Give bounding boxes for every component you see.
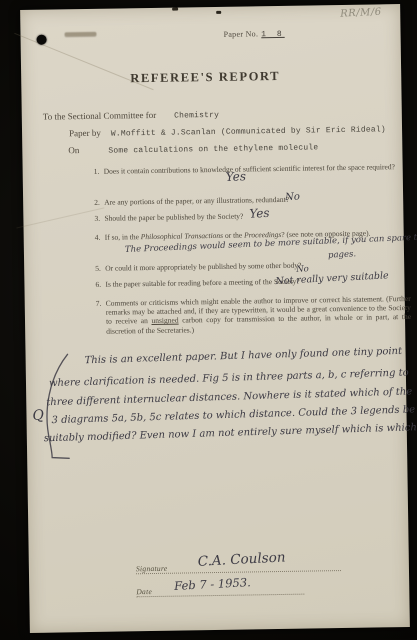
answer-1: Yes [225,169,246,184]
paper-crease [16,207,104,228]
question-3-number: 3. [94,214,100,223]
form-title: REFEREE'S REPORT [21,67,389,88]
question-4-italic-transactions: Philosophical Transactions [141,231,223,241]
archive-reference: RR/M/6 [340,7,382,20]
date-row: Date Feb 7 - 1953. [136,578,304,598]
question-3-text: Should the paper be published by the Soc… [104,212,243,223]
tape-smudge [64,32,96,37]
paper-by-label: Paper by [69,128,101,138]
question-1-number: 1. [94,167,100,176]
note-line-4: 3 diagrams 5a, 5b, 5c relates to which d… [51,404,415,426]
subject-line: On Some calculations on the ethylene mol… [68,136,318,158]
note-line-5: suitably modified? Even now I am not ent… [44,422,417,444]
question-1-text: Does it contain contributions to knowled… [104,162,395,176]
question-6-number: 6. [95,280,101,289]
question-5-number: 5. [95,264,101,273]
question-1: 1. Does it contain contributions to know… [94,162,412,176]
answer-3: Yes [249,206,270,221]
staple-mark [172,8,178,11]
note-line-1: This is an excellent paper. But I have o… [85,346,403,366]
signature-row: Signature C.A. Coulson [136,554,341,574]
date-value: Feb 7 - 1953. [174,575,251,593]
question-4-number: 4. [95,233,101,242]
signature-value: C.A. Coulson [197,549,285,569]
answer-2: No [285,191,300,203]
hole-punch [37,35,47,45]
paper-number-value: 1 8 [261,30,285,39]
note-line-2: where clarification is needed. Fig 5 is … [49,367,409,389]
answer-5: No [296,264,309,275]
report-page: RR/M/6 Paper No.1 8 REFEREE'S REPORT To … [20,4,410,633]
margin-bracket [38,351,76,474]
subject-label: On [68,145,79,155]
question-2-number: 2. [94,198,100,207]
note-line-3: three different internuclear distances. … [46,386,412,408]
question-6-text: Is the paper suitable for reading before… [105,277,299,289]
question-2-text: Are any portions of the paper, or any il… [104,195,289,207]
staple-mark [216,11,221,14]
committee-value: Chemistry [174,111,219,121]
paper-number: Paper No.1 8 [223,29,284,40]
question-4-text: If so, in the [105,232,141,242]
paper-number-label: Paper No. [223,29,258,39]
question-7-number: 7. [96,299,102,308]
subject-value: Some calculations on the ethylene molecu… [108,143,318,155]
date-label: Date [136,587,152,596]
question-7-underlined-word: unsigned [151,316,178,325]
question-7: 7. Comments or criticisms which might en… [96,294,412,336]
committee-label: To the Sectional Committee for [43,110,156,122]
signature-label: Signature [136,564,168,573]
question-2: 2. Are any portions of the paper, or any… [94,193,412,207]
question-5-text: Or could it more appropriately be publis… [105,261,301,273]
